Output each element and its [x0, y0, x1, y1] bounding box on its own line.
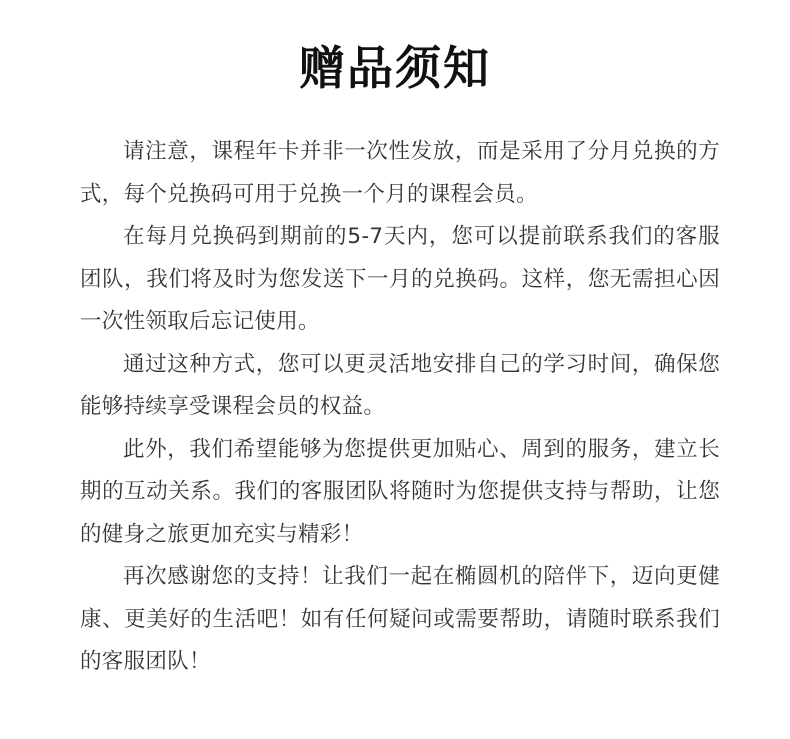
paragraph-exchange-method: 请注意，课程年卡并非一次性发放，而是采用了分月兑换的方式，每个兑换码可用于兑换一… — [80, 131, 720, 216]
paragraph-flexibility: 通过这种方式，您可以更灵活地安排自己的学习时间，确保您能够持续享受课程会员的权益… — [80, 344, 720, 429]
notice-body: 请注意，课程年卡并非一次性发放，而是采用了分月兑换的方式，每个兑换码可用于兑换一… — [80, 131, 720, 684]
paragraph-contact-before-expiry: 在每月兑换码到期前的5-7天内，您可以提前联系我们的客服团队，我们将及时为您发送… — [80, 216, 720, 344]
paragraph-service: 此外，我们希望能够为您提供更加贴心、周到的服务，建立长期的互动关系。我们的客服团… — [80, 429, 720, 557]
page-title: 赠品须知 — [0, 38, 790, 98]
paragraph-thanks: 再次感谢您的支持！让我们一起在椭圆机的陪伴下，迈向更健康、更美好的生活吧！如有任… — [80, 556, 720, 684]
